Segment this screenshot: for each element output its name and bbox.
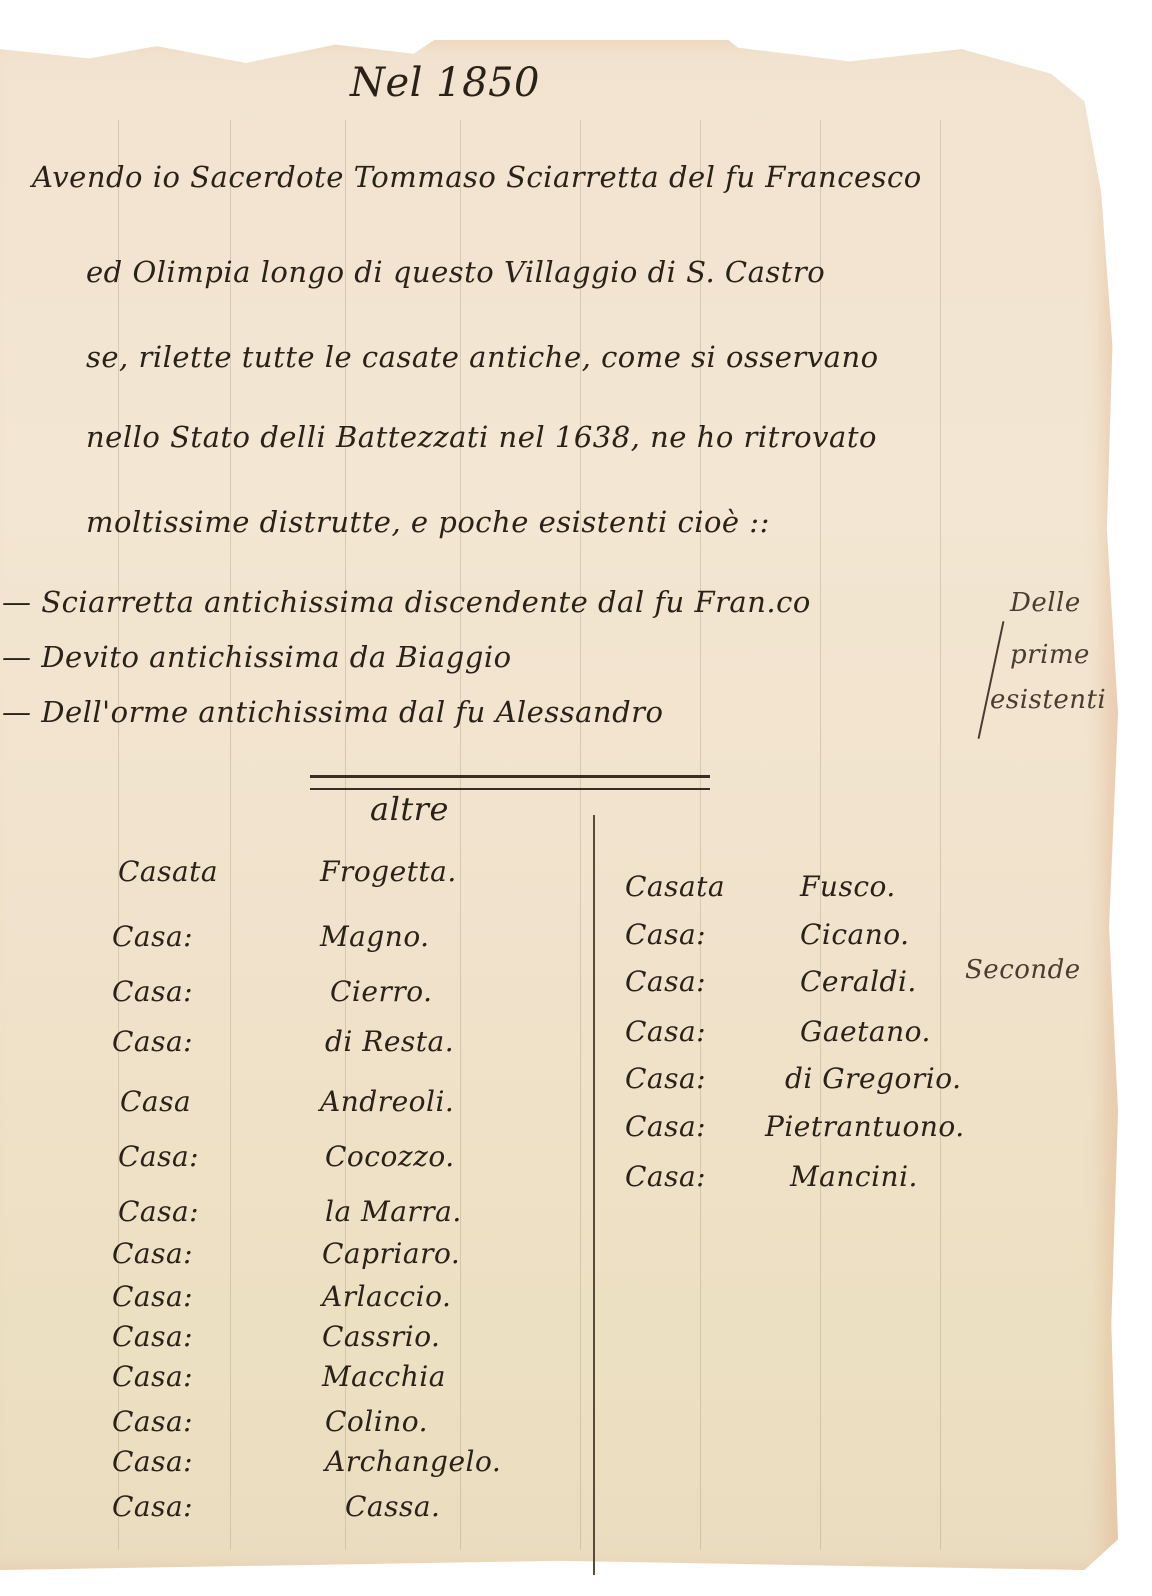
ruled-line — [580, 120, 581, 1550]
house-label: Casa: — [112, 1237, 193, 1270]
house-label: Casa: — [625, 1110, 706, 1143]
house-name: Cassrio. — [322, 1320, 440, 1353]
house-label: Casa: — [112, 975, 193, 1008]
house-name: Arlaccio. — [322, 1280, 451, 1313]
margin-note: prime — [1010, 640, 1090, 670]
house-name: Magno. — [320, 920, 430, 953]
house-name: Cicano. — [800, 918, 910, 951]
house-name: Colino. — [325, 1405, 428, 1438]
house-name: di Gregorio. — [785, 1062, 962, 1095]
house-name: Mancini. — [790, 1160, 918, 1193]
house-label: Casa: — [118, 1140, 199, 1173]
primary-house-entry: — Devito antichissima da Biaggio — [2, 640, 512, 674]
house-name: Cassa. — [345, 1490, 440, 1523]
house-name: Cierro. — [330, 975, 432, 1008]
house-name: Ceraldi. — [800, 965, 917, 998]
house-label: Casa: — [112, 1405, 193, 1438]
house-label: Casata — [625, 870, 725, 903]
section-divider — [310, 775, 710, 790]
paragraph-line: se, rilette tutte le casate antiche, com… — [86, 340, 879, 374]
ruled-line — [820, 120, 821, 1550]
paragraph-line: nello Stato delli Battezzati nel 1638, n… — [86, 420, 877, 454]
margin-note: Seconde — [965, 955, 1081, 985]
house-label: Casa: — [112, 1445, 193, 1478]
primary-house-entry: — Dell'orme antichissima dal fu Alessand… — [2, 695, 663, 729]
paragraph-line: ed Olimpia longo di questo Villaggio di … — [86, 255, 825, 289]
house-label: Casa — [120, 1085, 191, 1118]
house-name: Fusco. — [800, 870, 896, 903]
house-label: Casa: — [118, 1195, 199, 1228]
paragraph-line: moltissime distrutte, e poche esistenti … — [86, 505, 770, 539]
ruled-line — [460, 120, 461, 1550]
house-label: Casa: — [112, 1025, 193, 1058]
column-separator — [593, 815, 595, 1575]
primary-house-entry: — Sciarretta antichissima discendente da… — [2, 585, 811, 619]
house-label: Casa: — [112, 1360, 193, 1393]
house-name: Gaetano. — [800, 1015, 931, 1048]
house-label: Casa: — [625, 1062, 706, 1095]
margin-note: esistenti — [990, 685, 1106, 715]
house-label: Casa: — [625, 918, 706, 951]
house-name: Macchia — [322, 1360, 446, 1393]
ruled-line — [700, 120, 701, 1550]
paragraph-line: Avendo io Sacerdote Tommaso Sciarretta d… — [32, 160, 922, 194]
margin-note: Delle — [1010, 588, 1081, 618]
document-title: Nel 1850 — [350, 60, 540, 106]
house-name: Pietrantuono. — [765, 1110, 965, 1143]
house-label: Casa: — [625, 965, 706, 998]
house-name: di Resta. — [325, 1025, 454, 1058]
house-label: Casata — [118, 855, 218, 888]
house-label: Casa: — [112, 1280, 193, 1313]
house-label: Casa: — [625, 1015, 706, 1048]
house-name: la Marra. — [325, 1195, 462, 1228]
ruled-line — [230, 120, 231, 1550]
others-heading: altre — [370, 790, 449, 828]
house-name: Cocozzo. — [325, 1140, 455, 1173]
house-name: Capriaro. — [322, 1237, 460, 1270]
house-name: Frogetta. — [320, 855, 457, 888]
house-label: Casa: — [112, 920, 193, 953]
house-label: Casa: — [112, 1320, 193, 1353]
ruled-line — [940, 120, 941, 1550]
house-name: Archangelo. — [325, 1445, 501, 1478]
house-label: Casa: — [112, 1490, 193, 1523]
house-name: Andreoli. — [320, 1085, 454, 1118]
house-label: Casa: — [625, 1160, 706, 1193]
